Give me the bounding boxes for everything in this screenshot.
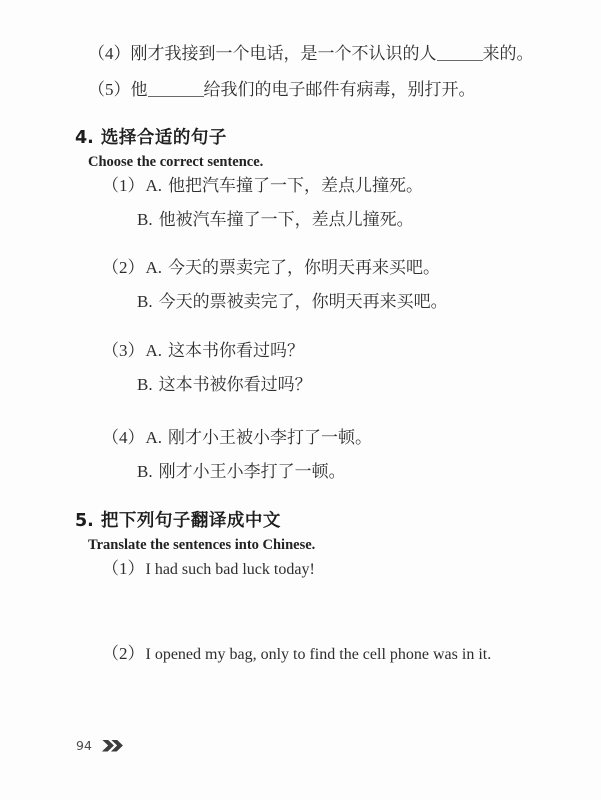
section5-heading: 5.把下列句子翻译成中文 [75,511,281,531]
workbook-page: （4）刚才我接到一个电话，是一个不认识的人来的。 （5）他给我们的电子邮件有病毒… [0,0,601,800]
item-number: （5） [88,80,131,99]
item-text: 给我们的电子邮件有病毒，别打开。 [204,80,476,99]
option-label: B. [137,375,153,394]
option-text: 他把汽车撞了一下，差点儿撞死。 [168,176,423,195]
section-number: 4. [75,128,94,148]
option-label: A. [146,258,163,277]
option-label: A. [146,428,163,447]
option-text: 刚才小王小李打了一顿。 [159,462,346,481]
item-text: 来的。 [483,44,534,63]
item-number: （2） [102,644,145,663]
item-text: I had such bad luck today! [146,561,315,578]
option-text: 今天的票卖完了，你明天再来买吧。 [168,258,440,277]
section-number: 5. [75,511,94,531]
section-title: 选择合适的句子 [101,128,227,148]
double-chevron-icon [102,740,123,752]
item-number: （1） [102,176,145,195]
section5-subtitle: Translate the sentences into Chinese. [88,535,315,555]
item-number: （1） [102,559,145,578]
item-number: （4） [102,428,145,447]
choice-item-4-option-b: B.刚才小王小李打了一顿。 [137,462,346,482]
item-text: 他 [131,80,148,99]
option-text: 他被汽车撞了一下，差点儿撞死。 [159,210,414,229]
option-text: 这本书被你看过吗？ [159,375,312,394]
option-label: A. [146,176,163,195]
option-label: B. [137,292,153,311]
option-text: 今天的票被卖完了，你明天再来买吧。 [159,292,448,311]
section4-subtitle: Choose the correct sentence. [88,152,263,172]
translate-item-2: （2）I opened my bag, only to find the cel… [102,644,491,665]
item-text: I opened my bag, only to find the cell p… [146,646,492,663]
section4-heading: 4.选择合适的句子 [75,128,227,148]
chevron-right-icon [102,740,114,752]
choice-item-2-option-b: B.今天的票被卖完了，你明天再来买吧。 [137,292,448,312]
option-text: 刚才小王被小李打了一顿。 [168,428,372,447]
choice-item-2-option-a: （2）A.今天的票卖完了，你明天再来买吧。 [102,258,440,278]
option-label: A. [146,341,163,360]
option-text: 这本书你看过吗？ [168,341,304,360]
option-label: B. [137,462,153,481]
choice-item-3-option-a: （3）A.这本书你看过吗？ [102,341,304,361]
item-number: （3） [102,341,145,360]
fill-in-blank [437,46,483,61]
fill-in-blank [148,82,204,97]
choice-item-4-option-a: （4）A.刚才小王被小李打了一顿。 [102,428,372,448]
item-text: 刚才我接到一个电话，是一个不认识的人 [131,44,437,63]
fill-item-4: （4）刚才我接到一个电话，是一个不认识的人来的。 [88,44,534,64]
fill-item-5: （5）他给我们的电子邮件有病毒，别打开。 [88,80,476,100]
choice-item-1-option-a: （1）A.他把汽车撞了一下，差点儿撞死。 [102,176,423,196]
item-number: （4） [88,44,131,63]
choice-item-1-option-b: B.他被汽车撞了一下，差点儿撞死。 [137,210,414,230]
page-number: 94 [76,738,92,753]
option-label: B. [137,210,153,229]
translate-item-1: （1）I had such bad luck today! [102,559,315,580]
choice-item-3-option-b: B.这本书被你看过吗？ [137,375,312,395]
section-title: 把下列句子翻译成中文 [101,511,281,531]
page-footer: 94 [76,738,123,753]
item-number: （2） [102,258,145,277]
